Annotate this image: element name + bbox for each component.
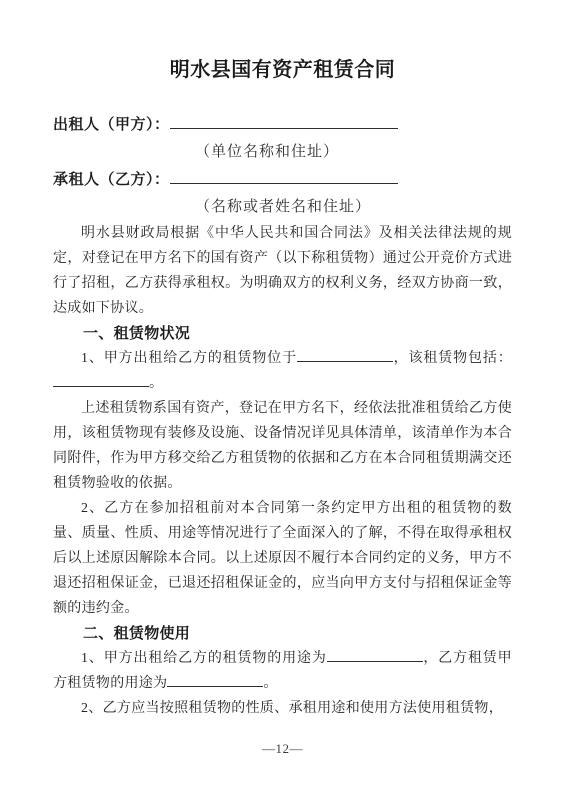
paragraph: 1、甲方出租给乙方的租赁物的用途为，乙方租赁甲方租赁物的用途为。 (53, 646, 512, 696)
fill-in-blank (53, 374, 149, 387)
text-run: 明水县财政局根据《中华人民共和国合同法》及相关法律法规的规定，对登记在甲方名下的… (53, 226, 512, 316)
paragraph: 2、乙方应当按照租赁物的性质、承租用途和使用方法使用租赁物， (53, 696, 512, 721)
text-run: 二、租赁物使用 (83, 624, 190, 642)
contract-page: 明水县国有资产租赁合同 出租人（甲方）：（单位名称和住址）承租人（乙方）：（名称… (0, 0, 565, 800)
text-run: ，该租赁物包括： (393, 351, 512, 366)
party-note: （单位名称和住址） (195, 139, 512, 166)
fill-in-blank (167, 674, 263, 687)
document-title: 明水县国有资产租赁合同 (53, 56, 512, 82)
party-label: 承租人（乙方）： (53, 170, 170, 188)
text-run: 1、甲方出租给乙方的租赁物的用途为 (81, 651, 327, 666)
section-heading: 一、租赁物状况 (53, 321, 512, 346)
fill-in-blank (170, 170, 398, 184)
fill-in-blank (170, 115, 398, 129)
party-note: （名称或者姓名和住址） (195, 194, 512, 221)
text-run: 上述租赁物系国有资产，登记在甲方名下，经依法批准租赁给乙方使用，该租赁物现有装修… (53, 401, 512, 491)
text-run: 1、甲方出租给乙方的租赁物位于 (81, 351, 297, 366)
party-block: 出租人（甲方）：（单位名称和住址）承租人（乙方）：（名称或者姓名和住址） (53, 111, 512, 221)
paragraph: 明水县财政局根据《中华人民共和国合同法》及相关法律法规的规定，对登记在甲方名下的… (53, 221, 512, 321)
fill-in-blank (327, 649, 423, 662)
paragraph: 2、乙方在参加招租前对本合同第一条约定甲方出租的租赁物的数量、质量、性质、用途等… (53, 496, 512, 621)
paragraph: 1、甲方出租给乙方的租赁物位于，该租赁物包括：。 (53, 346, 512, 396)
page-number: —12— (0, 741, 565, 757)
section-heading: 二、租赁物使用 (53, 621, 512, 646)
text-run: 。 (149, 376, 163, 391)
text-run: 2、乙方应当按照租赁物的性质、承租用途和使用方法使用租赁物， (81, 701, 503, 716)
fill-in-blank (297, 349, 393, 362)
text-run: 一、租赁物状况 (83, 324, 190, 342)
text-run: 2、乙方在参加招租前对本合同第一条约定甲方出租的租赁物的数量、质量、性质、用途等… (53, 501, 512, 616)
paragraph: 上述租赁物系国有资产，登记在甲方名下，经依法批准租赁给乙方使用，该租赁物现有装修… (53, 396, 512, 496)
party-label: 出租人（甲方）： (53, 115, 170, 133)
text-run: 。 (263, 676, 277, 691)
party-line: 承租人（乙方）： (53, 166, 512, 194)
contract-body: 明水县财政局根据《中华人民共和国合同法》及相关法律法规的规定，对登记在甲方名下的… (53, 221, 512, 721)
party-line: 出租人（甲方）： (53, 111, 512, 139)
